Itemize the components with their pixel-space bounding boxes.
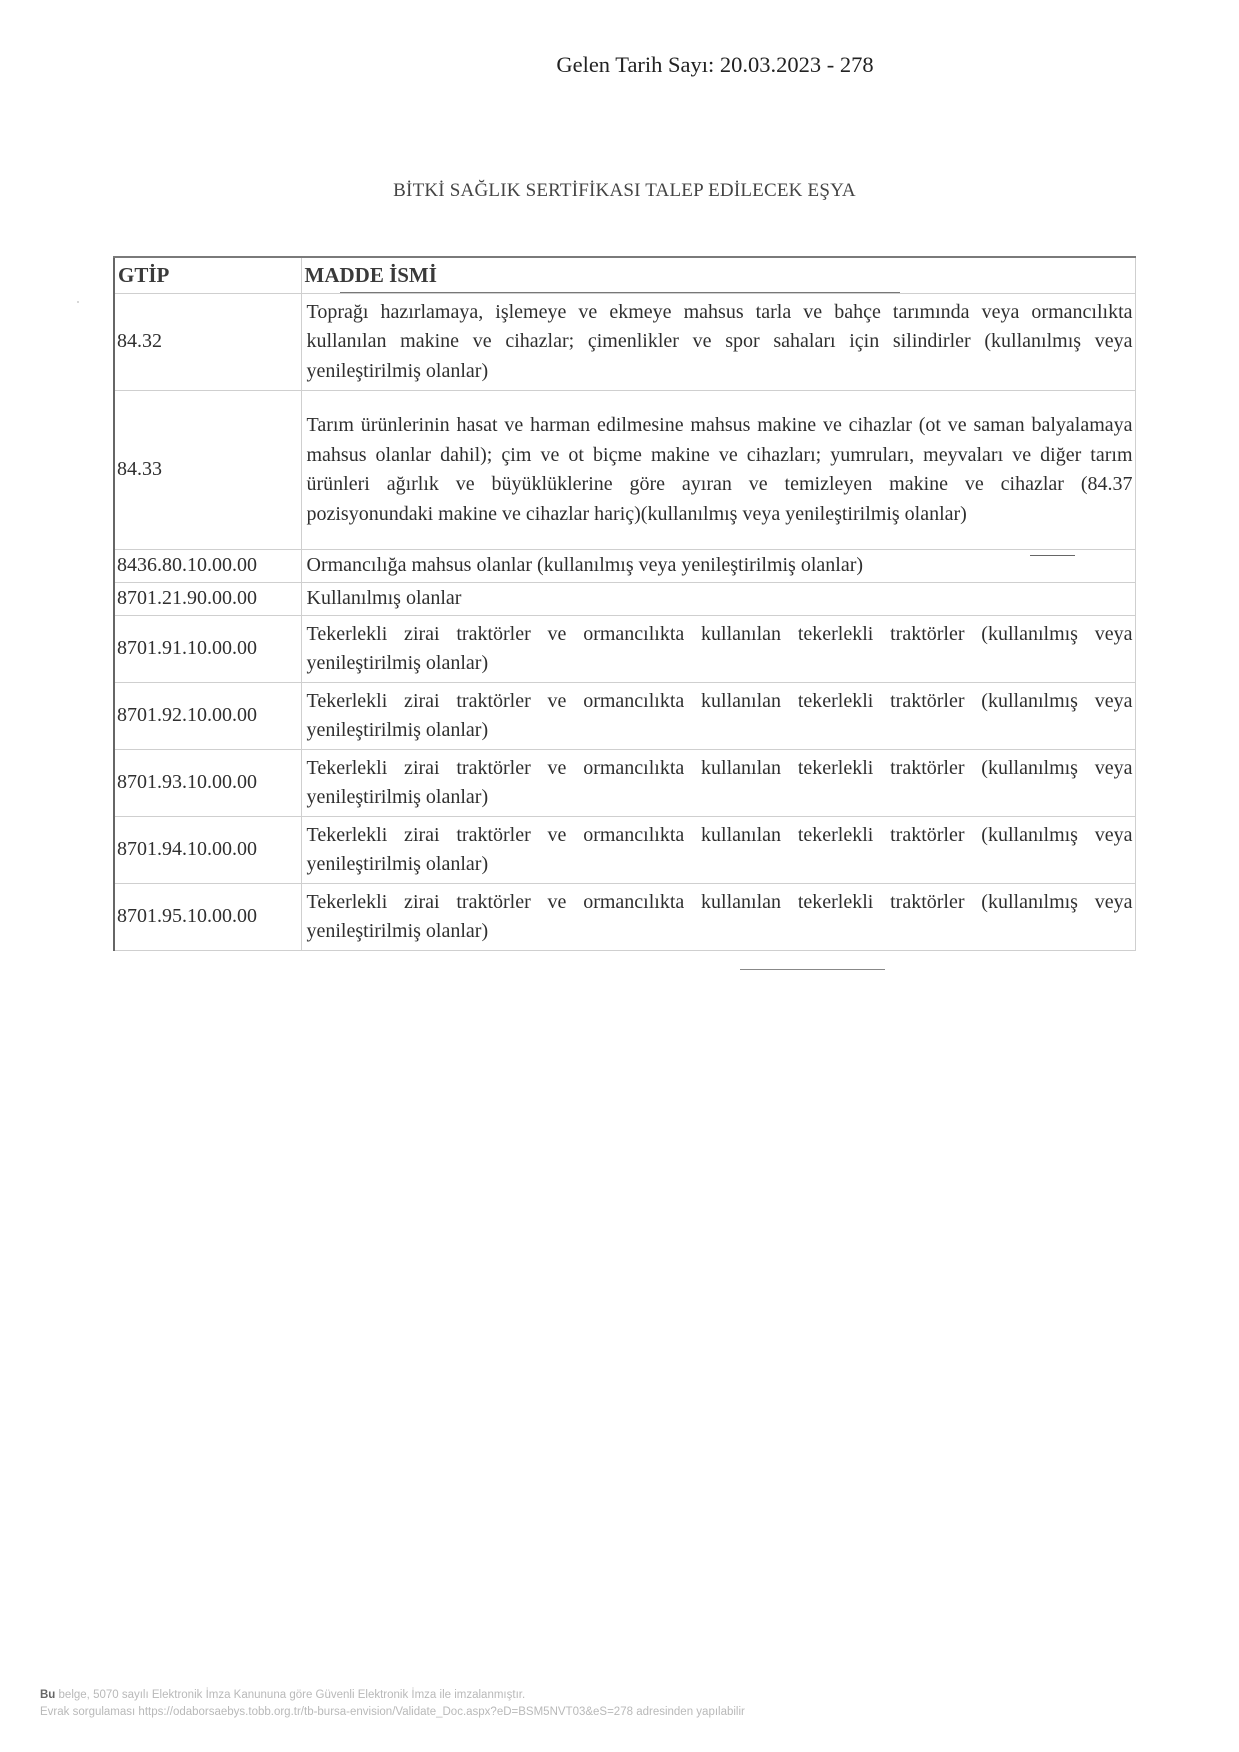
gtip-code: 8701.95.10.00.00 — [114, 884, 301, 951]
gtip-code: 8701.21.90.00.00 — [114, 583, 301, 616]
table-row: 8701.91.10.00.00 Tekerlekli zirai traktö… — [114, 616, 1135, 683]
table-row: 8701.92.10.00.00 Tekerlekli zirai traktö… — [114, 683, 1135, 750]
table-row: 84.33 Tarım ürünlerinin hasat ve harman … — [114, 391, 1135, 550]
table-header-row: GTİP MADDE İSMİ — [114, 257, 1135, 294]
footer-signature-note: Bu belge, 5070 sayılı Elektronik İmza Ka… — [40, 1687, 745, 1704]
goods-table: GTİP MADDE İSMİ 84.32 Toprağı hazırlamay… — [113, 256, 1136, 951]
gtip-code: 8701.92.10.00.00 — [114, 683, 301, 750]
goods-table-container: GTİP MADDE İSMİ 84.32 Toprağı hazırlamay… — [113, 256, 1134, 951]
item-description: Tekerlekli zirai traktörler ve ormancılı… — [301, 884, 1135, 951]
item-description: Toprağı hazırlamaya, işlemeye ve ekmeye … — [301, 294, 1135, 391]
table-row: 8701.93.10.00.00 Tekerlekli zirai traktö… — [114, 750, 1135, 817]
incoming-reference: Gelen Tarih Sayı: 20.03.2023 - 278 — [0, 52, 1239, 78]
gtip-code: 8436.80.10.00.00 — [114, 550, 301, 583]
footer-lead: Bu — [40, 1689, 55, 1701]
gtip-code: 84.33 — [114, 391, 301, 550]
gtip-code: 84.32 — [114, 294, 301, 391]
item-description: Tarım ürünlerinin hasat ve harman edilme… — [301, 391, 1135, 550]
column-header-gtip: GTİP — [114, 257, 301, 294]
table-row: 8436.80.10.00.00 Ormancılığa mahsus olan… — [114, 550, 1135, 583]
gtip-code: 8701.93.10.00.00 — [114, 750, 301, 817]
table-row: 8701.21.90.00.00 Kullanılmış olanlar — [114, 583, 1135, 616]
table-row: 84.32 Toprağı hazırlamaya, işlemeye ve e… — [114, 294, 1135, 391]
scan-speck — [77, 301, 79, 303]
item-description: Ormancılığa mahsus olanlar (kullanılmış … — [301, 550, 1135, 583]
item-description: Tekerlekli zirai traktörler ve ormancılı… — [301, 750, 1135, 817]
item-description: Tekerlekli zirai traktörler ve ormancılı… — [301, 683, 1135, 750]
scan-line-row2 — [1030, 555, 1075, 556]
footer-validation-link[interactable]: Evrak sorgulaması https://odaborsaebys.t… — [40, 1704, 745, 1721]
scan-line-under-header — [340, 292, 900, 293]
table-row: 8701.95.10.00.00 Tekerlekli zirai traktö… — [114, 884, 1135, 951]
e-signature-footer: Bu belge, 5070 sayılı Elektronik İmza Ka… — [40, 1687, 745, 1721]
table-row: 8701.94.10.00.00 Tekerlekli zirai traktö… — [114, 817, 1135, 884]
gtip-code: 8701.91.10.00.00 — [114, 616, 301, 683]
scan-line-bottom — [740, 969, 885, 970]
item-description: Tekerlekli zirai traktörler ve ormancılı… — [301, 616, 1135, 683]
item-description: Kullanılmış olanlar — [301, 583, 1135, 616]
item-description: Tekerlekli zirai traktörler ve ormancılı… — [301, 817, 1135, 884]
gtip-code: 8701.94.10.00.00 — [114, 817, 301, 884]
document-title: BİTKİ SAĞLIK SERTİFİKASI TALEP EDİLECEK … — [0, 180, 1239, 202]
column-header-item-name: MADDE İSMİ — [301, 257, 1135, 294]
footer-line1: belge, 5070 sayılı Elektronik İmza Kanun… — [55, 1689, 525, 1701]
